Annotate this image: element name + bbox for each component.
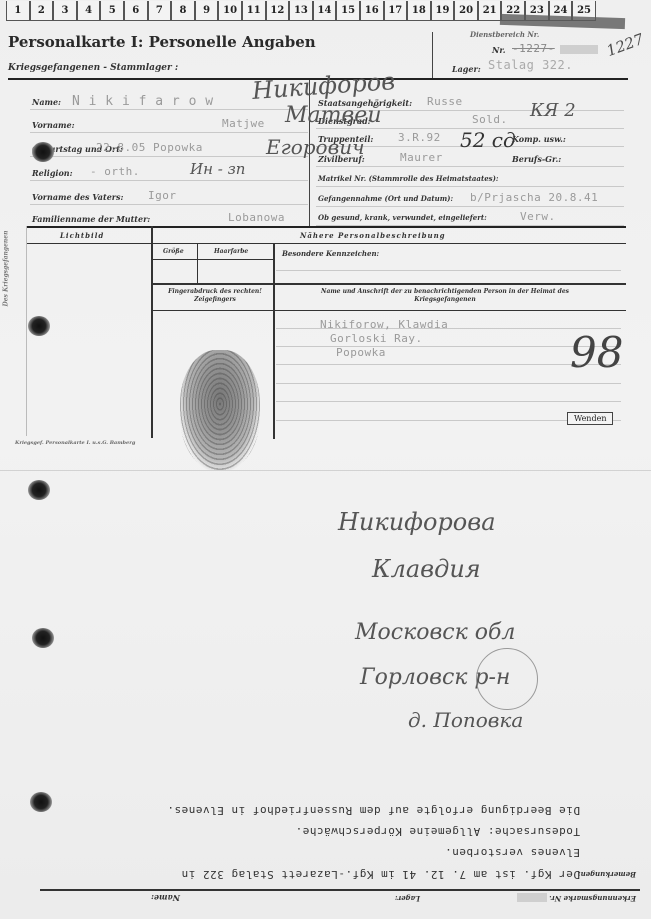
punch-hole xyxy=(32,628,54,648)
handwritten-firstname: Матвей xyxy=(285,103,382,128)
header-divider xyxy=(432,32,433,78)
contact-top-rule xyxy=(153,310,626,311)
marks-bottom-rule xyxy=(153,283,626,285)
footer-lager: Lager: xyxy=(395,894,420,903)
nr-label: Nr. xyxy=(492,45,506,55)
field-rule xyxy=(316,166,624,167)
personnel-card: 1234567891011121314151617181920212223242… xyxy=(0,0,651,919)
fingerprint-ridges xyxy=(180,350,260,470)
field-value: Igor xyxy=(148,189,177,202)
field-value: Maurer xyxy=(400,151,443,164)
lager-value: Stalag 322. xyxy=(488,58,573,72)
index-tab: 16 xyxy=(360,1,384,21)
handwritten-code: 1227 xyxy=(604,30,646,60)
field-value: Russe xyxy=(427,95,463,108)
field-value: 3.R.92 xyxy=(398,131,441,144)
size-divider xyxy=(197,244,198,284)
handwritten-unit: 52 сд xyxy=(460,128,516,152)
upside-down-remarks: Erkennungsmarke Nr. Lager: Name: Bemerku… xyxy=(20,796,640,911)
field-label: Vorname: xyxy=(32,120,75,130)
field-value: Sold. xyxy=(472,113,508,126)
index-tab: 9 xyxy=(195,1,219,21)
index-tab: 1 xyxy=(6,1,30,21)
index-tab: 3 xyxy=(53,1,77,21)
card-title: Personalkarte I: Personelle Angaben xyxy=(8,33,316,51)
printer-note: Kriegsgef. Personalkarte I. u.s.G. Bambe… xyxy=(15,440,135,446)
index-tab: 11 xyxy=(242,1,266,21)
redaction xyxy=(560,45,598,54)
field-rule xyxy=(30,180,308,181)
index-tab: 15 xyxy=(336,1,360,21)
field-label: Vorname des Vaters: xyxy=(32,192,123,202)
handwritten-contact-name: Никифорова xyxy=(338,508,496,536)
size-rule xyxy=(153,259,273,260)
index-tab: 7 xyxy=(148,1,172,21)
marks-line xyxy=(276,270,621,271)
field-extra-label: Komp. usw.: xyxy=(512,134,566,144)
field-value: Verw. xyxy=(520,210,556,223)
section-title: Nähere Personalbeschreibung xyxy=(300,231,446,240)
field-label: Religion: xyxy=(32,168,73,178)
fold-line xyxy=(0,470,651,471)
footer-erkennungsmarke: Erkennungsmarke Nr. xyxy=(517,894,636,904)
punch-hole xyxy=(28,316,50,336)
field-value: N i k i f a r o w xyxy=(72,94,214,109)
index-tab: 5 xyxy=(100,1,124,21)
index-tab: 4 xyxy=(77,1,101,21)
nr-value: -1227- xyxy=(512,42,555,55)
field-value: Lobanowa xyxy=(228,211,285,224)
remarks-label: Bemerkungen: xyxy=(578,870,636,879)
index-tab: 14 xyxy=(313,1,337,21)
field-label: Ob gesund, krank, verwundet, eingeliefer… xyxy=(318,213,487,222)
index-tab: 2 xyxy=(30,1,54,21)
field-value: 22.8.05 Popowka xyxy=(96,141,203,154)
index-tab: 19 xyxy=(431,1,455,21)
footer-name: Name: xyxy=(151,893,180,903)
field-label: Name: xyxy=(32,97,61,107)
turn-button[interactable]: Wenden xyxy=(567,412,613,425)
field-extra-label: Berufs-Gr.: xyxy=(512,154,561,164)
contact-line: Gorloski Ray. xyxy=(330,332,423,345)
punch-hole xyxy=(28,480,50,500)
remarks-line: Todesursache: Allgemeine Körperschwäche. xyxy=(295,825,580,838)
stamp-line: Dienstbereich Nr. xyxy=(470,30,539,39)
field-rule xyxy=(316,206,624,207)
field-value: b/Prjascha 20.8.41 xyxy=(470,191,598,204)
index-tab: 20 xyxy=(454,1,478,21)
remarks-line: Elvenes verstorben. xyxy=(445,846,580,859)
handwritten-contact-firstname: Клавдия xyxy=(372,555,481,583)
handwritten-patronymic: Егорович xyxy=(266,135,365,159)
side-text: Des Kriegsgefangenen xyxy=(2,231,9,307)
field-label: Matrikel Nr. (Stammrolle des Heimatstaat… xyxy=(318,174,499,183)
photo-right-border xyxy=(151,226,153,438)
stamp-bar xyxy=(500,14,625,29)
contact-rule xyxy=(276,383,621,384)
field-rule xyxy=(30,132,308,133)
contact-rule xyxy=(276,401,621,402)
remarks-line: Der Kgf. ist am 7. 12. 41 im Kgf.-Lazare… xyxy=(181,868,580,881)
index-tab: 8 xyxy=(171,1,195,21)
round-stamp xyxy=(476,648,538,710)
field-rule xyxy=(316,186,624,187)
field-value: - orth. xyxy=(90,165,140,178)
field-label: Familienname der Mutter: xyxy=(32,214,150,224)
punch-hole xyxy=(32,142,54,162)
handwritten-religion: Ин - зп xyxy=(190,160,245,178)
photo-left-border xyxy=(26,226,27,436)
contact-line: Nikiforow, Klawdia xyxy=(320,318,448,331)
index-tab: 10 xyxy=(218,1,242,21)
field-rule xyxy=(30,204,308,205)
field-rule xyxy=(30,109,308,110)
handwritten-region: Московск обл xyxy=(355,620,515,645)
footer-label: Erkennungsmarke Nr. xyxy=(549,894,636,903)
index-tab: 13 xyxy=(289,1,313,21)
index-tab: 6 xyxy=(124,1,148,21)
size-label: Größe xyxy=(163,248,184,255)
lager-label: Lager: xyxy=(452,64,481,74)
marks-label: Besondere Kennzeichen: xyxy=(282,249,379,258)
redaction xyxy=(517,894,547,903)
index-tab: 18 xyxy=(407,1,431,21)
section-rule xyxy=(26,226,626,228)
handwritten-village: д. Поповка xyxy=(408,708,523,732)
index-tab: 21 xyxy=(478,1,502,21)
handwritten-rank: КЯ 2 xyxy=(530,100,576,121)
section-subrule xyxy=(26,243,626,244)
field-value: Matjwe xyxy=(222,117,265,130)
card-subtitle: Kriegsgefangenen - Stammlager : xyxy=(8,63,178,73)
remarks-line: Die Beerdigung erfolgte auf dem Russenfr… xyxy=(167,804,580,817)
contact-line: Popowka xyxy=(336,346,386,359)
fingerprint-label: Fingerabdruck des rechten! Zeigefingers xyxy=(160,288,270,304)
index-tab: 17 xyxy=(384,1,408,21)
handwritten-number: 98 xyxy=(570,328,623,377)
contact-label: Name und Anschrift der zu benachrichtige… xyxy=(300,288,590,304)
photo-label: Lichtbild xyxy=(60,231,104,240)
footer-rule xyxy=(40,889,640,891)
index-tab: 12 xyxy=(266,1,290,21)
hair-label: Haarfarbe xyxy=(214,248,248,255)
desc-divider xyxy=(273,244,275,439)
field-label: Gefangennahme (Ort und Datum): xyxy=(318,194,453,203)
